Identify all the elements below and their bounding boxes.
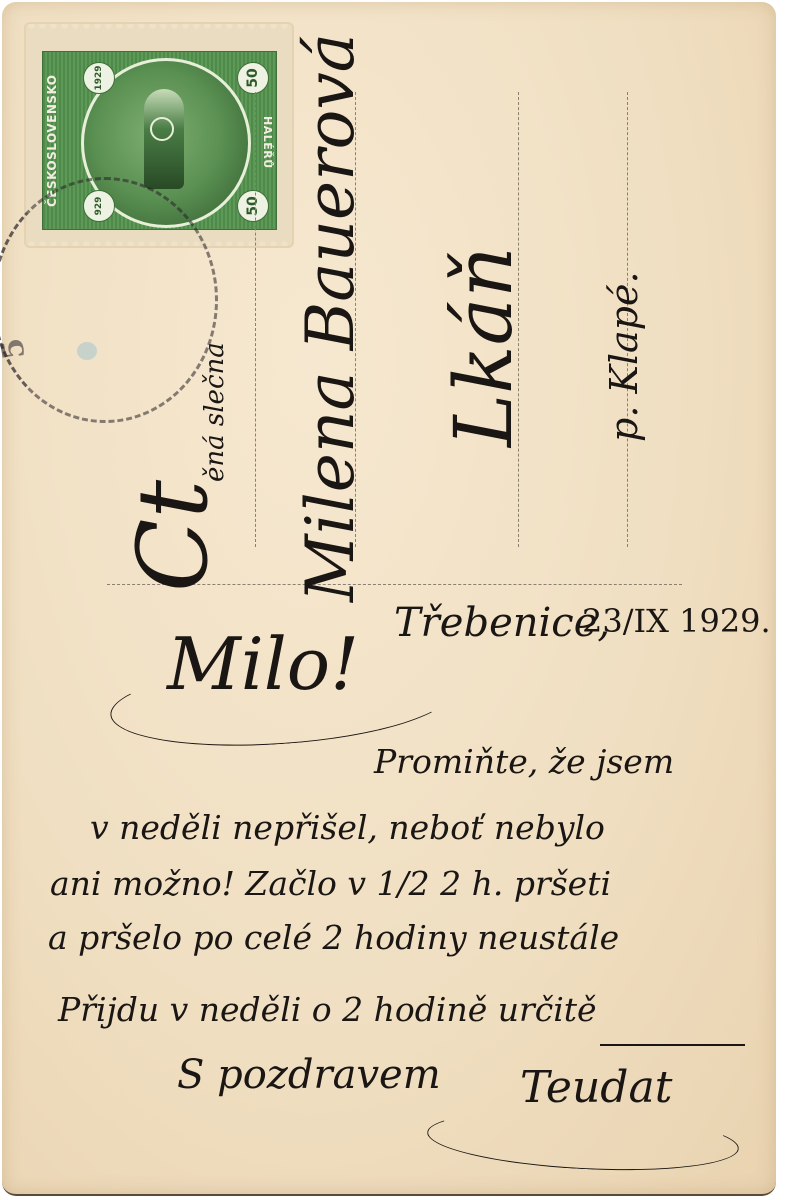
stamp-value-bottom: 50 (237, 190, 269, 222)
address-salutation: ěná slečna (200, 342, 230, 482)
recipient-name: Milena Bauerová (292, 33, 369, 602)
recipient-city: Lkáň (437, 246, 530, 447)
letter-date: 23/IX 1929. (582, 602, 771, 640)
address-salutation-initial: Ct (117, 480, 229, 592)
letter-line-1: Promiňte, že jsem (374, 742, 674, 781)
letter-line-5: Přijdu v neděli o 2 hodině určitě (58, 990, 597, 1029)
halo-icon (150, 117, 174, 141)
address-guide-line-1 (255, 92, 256, 547)
ink-smudge (77, 342, 97, 360)
letter-signature: Teudat (520, 1062, 672, 1113)
letter-line-4: a pršelo po celé 2 hodiny neustále (48, 918, 619, 957)
letter-place: Třebenice, (394, 600, 610, 646)
signature-flourish (426, 1104, 741, 1177)
emphasis-underline (600, 1044, 745, 1046)
postcard: ČESKOSLOVENSKO 1929 929 50 50 HALÉŘŮ 5 C… (2, 2, 776, 1196)
letter-closing: S pozdravem (177, 1052, 441, 1098)
letter-line-2: v neděli nepřišel, neboť nebylo (90, 808, 605, 847)
recipient-post-office: p. Klapé. (602, 271, 646, 442)
stamp-value-top: 50 (237, 62, 269, 94)
letter-line-3: ani možno! Začlo v 1/2 2 h. pršeti (50, 864, 611, 903)
stamp-year-top: 1929 (83, 62, 115, 94)
greeting-flourish (108, 650, 455, 756)
